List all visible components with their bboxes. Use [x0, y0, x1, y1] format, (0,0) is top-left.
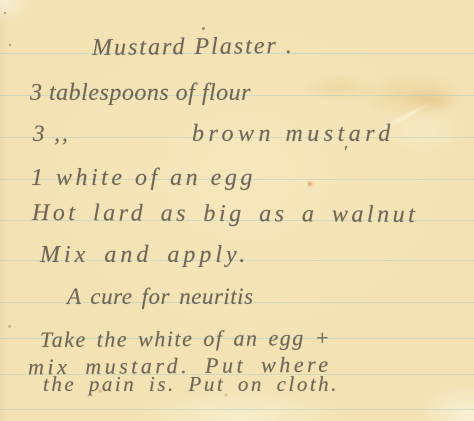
recipe-line-ditto: 3 ,,: [33, 122, 70, 145]
paper-speck: [8, 325, 11, 328]
recipe-title: Mustard Plaster .: [92, 34, 294, 60]
stray-pen-mark: ': [343, 143, 347, 161]
paper-speck: [4, 12, 6, 14]
recipe-line-take-egg: Take the white of an egg +: [40, 327, 331, 351]
recipe-line-mix-apply: Mix and apply.: [40, 243, 249, 267]
recipe-line-pain-cloth: the pain is. Put on cloth.: [43, 374, 339, 395]
recipe-line-flour: 3 tablespoons of flour: [30, 81, 251, 105]
recipe-line-lard: Hot lard as big as a walnut: [32, 201, 418, 227]
recipe-line-egg-white: 1 white of an egg: [31, 166, 256, 190]
paper-speck: [202, 27, 205, 30]
paper-speck: [9, 44, 11, 46]
ruled-line: [0, 409, 474, 410]
recipe-line-cure-heading: A cure for neuritis: [67, 285, 254, 308]
recipe-card: Mustard Plaster . 3 tablespoons of flour…: [0, 0, 474, 421]
recipe-line-brown-mustard: brown mustard: [192, 122, 395, 146]
